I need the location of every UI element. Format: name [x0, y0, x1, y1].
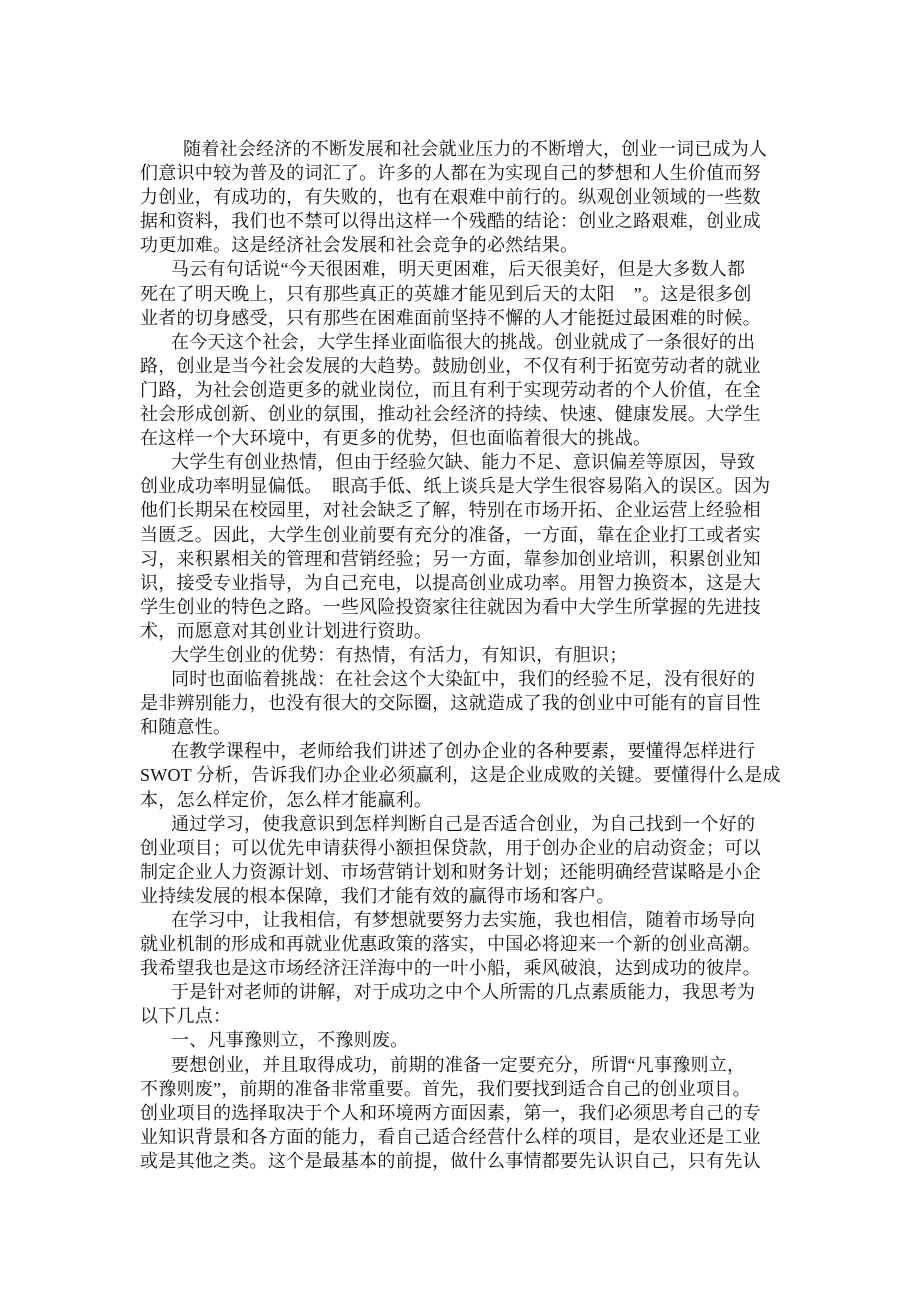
text-line: 一、凡事豫则立，不豫则废。: [140, 1028, 804, 1052]
paragraph: 马云有句话说“今天很困难，明天更困难，后天很美好，但是大多数人都死在了明天晚上，…: [140, 257, 804, 329]
text-line: 他们长期呆在校园里，对社会缺乏了解，特别在市场开拓、企业运营上经验相: [140, 498, 804, 522]
text-line: 就业机制的形成和再就业优惠政策的落实，中国必将迎来一个新的创业高潮。: [140, 932, 804, 956]
paragraph: 在学习中，让我相信，有梦想就要努力去实施，我也相信，随着市场导向就业机制的形成和…: [140, 908, 804, 980]
text-line: 在学习中，让我相信，有梦想就要努力去实施，我也相信，随着市场导向: [140, 908, 804, 932]
text-line: 们意识中较为普及的词汇了。许多的人都在为实现自己的梦想和人生价值而努: [140, 161, 804, 185]
text-line: 功更加难。这是经济社会发展和社会竞争的必然结果。: [140, 233, 804, 257]
paragraph: 大学生创业的优势：有热情，有活力，有知识，有胆识；: [140, 643, 804, 667]
text-line: 马云有句话说“今天很困难，明天更困难，后天很美好，但是大多数人都: [140, 257, 804, 281]
text-line: 在今天这个社会，大学生择业面临很大的挑战。创业就成了一条很好的出: [140, 330, 804, 354]
text-line: 业者的切身感受，只有那些在困难面前坚持不懈的人才能挺过最困难的时候。: [140, 306, 804, 330]
text-line: 创业成功率明显偏低。 眼高手低、纸上谈兵是大学生很容易陷入的误区。因为: [140, 474, 804, 498]
text-line: 力创业，有成功的，有失败的，也有在艰难中前行的。纵观创业领域的一些数: [140, 185, 804, 209]
text-line: SWOT 分析，告诉我们办企业必须赢利，这是企业成败的关键。要懂得什么是成: [140, 763, 804, 787]
text-line: 术，而愿意对其创业计划进行资助。: [140, 619, 804, 643]
text-line: 识，接受专业指导，为自己充电，以提高创业成功率。用智力换资本，这是大: [140, 571, 804, 595]
document-text: 随着社会经济的不断发展和社会就业压力的不断增大，创业一词已成为人们意识中较为普及…: [140, 137, 804, 1173]
text-line: 门路，为社会创造更多的就业岗位，而且有利于实现劳动者的个人价值，在全: [140, 378, 804, 402]
text-line: 学生创业的特色之路。一些风险投资家往往就因为看中大学生所掌握的先进技: [140, 595, 804, 619]
text-line: 路，创业是当今社会发展的大趋势。鼓励创业，不仅有利于拓宽劳动者的就业: [140, 354, 804, 378]
paragraph: 在教学课程中，老师给我们讲述了创办企业的各种要素，要懂得怎样进行SWOT 分析，…: [140, 739, 804, 811]
text-line: 以下几点：: [140, 1004, 804, 1028]
text-line: 本，怎么样定价，怎么样才能赢利。: [140, 788, 804, 812]
paragraph: 随着社会经济的不断发展和社会就业压力的不断增大，创业一词已成为人们意识中较为普及…: [140, 137, 804, 257]
text-line: 业知识背景和各方面的能力，看自己适合经营什么样的项目，是农业还是工业: [140, 1125, 804, 1149]
text-line: 据和资料，我们也不禁可以得出这样一个残酷的结论：创业之路艰难，创业成: [140, 209, 804, 233]
text-line: 要想创业，并且取得成功，前期的准备一定要充分，所谓“凡事豫则立，: [140, 1053, 804, 1077]
text-line: 我希望我也是这市场经济汪洋海中的一叶小船，乘风破浪，达到成功的彼岸。: [140, 956, 804, 980]
text-line: 不豫则废”，前期的准备非常重要。首先，我们要找到适合自己的创业项目。: [140, 1077, 804, 1101]
paragraph: 同时也面临着挑战：在社会这个大染缸中，我们的经验不足，没有很好的是非辨别能力，也…: [140, 667, 804, 739]
paragraph: 一、凡事豫则立，不豫则废。: [140, 1028, 804, 1052]
text-line: 和随意性。: [140, 715, 804, 739]
text-line: 业持续发展的根本保障，我们才能有效的赢得市场和客户。: [140, 884, 804, 908]
paragraph: 于是针对老师的讲解，对于成功之中个人所需的几点素质能力，我思考为以下几点：: [140, 980, 804, 1028]
text-line: 习，来积累相关的管理和营销经验；另一方面，靠参加创业培训，积累创业知: [140, 547, 804, 571]
text-line: 在这样一个大环境中，有更多的优势，但也面临着很大的挑战。: [140, 426, 804, 450]
text-line: 在教学课程中，老师给我们讲述了创办企业的各种要素，要懂得怎样进行: [140, 739, 804, 763]
paragraph: 通过学习，使我意识到怎样判断自己是否适合创业，为自己找到一个好的创业项目；可以优…: [140, 812, 804, 908]
paragraph: 要想创业，并且取得成功，前期的准备一定要充分，所谓“凡事豫则立，不豫则废”，前期…: [140, 1053, 804, 1173]
text-line: 创业项目；可以优先申请获得小额担保贷款，用于创办企业的启动资金；可以: [140, 836, 804, 860]
text-line: 创业项目的选择取决于个人和环境两方面因素，第一，我们必须思考自己的专: [140, 1101, 804, 1125]
text-line: 同时也面临着挑战：在社会这个大染缸中，我们的经验不足，没有很好的: [140, 667, 804, 691]
paragraph: 在今天这个社会，大学生择业面临很大的挑战。创业就成了一条很好的出路，创业是当今社…: [140, 330, 804, 450]
text-line: 于是针对老师的讲解，对于成功之中个人所需的几点素质能力，我思考为: [140, 980, 804, 1004]
text-line: 大学生创业的优势：有热情，有活力，有知识，有胆识；: [140, 643, 804, 667]
text-line: 大学生有创业热情，但由于经验欠缺、能力不足、意识偏差等原因，导致: [140, 450, 804, 474]
text-line: 社会形成创新、创业的氛围，推动社会经济的持续、快速、健康发展。大学生: [140, 402, 804, 426]
text-line: 或是其他之类。这个是最基本的前提，做什么事情都要先认识自己，只有先认: [140, 1149, 804, 1173]
text-line: 当匮乏。因此，大学生创业前要有充分的准备，一方面，靠在企业打工或者实: [140, 523, 804, 547]
paragraph: 大学生有创业热情，但由于经验欠缺、能力不足、意识偏差等原因，导致创业成功率明显偏…: [140, 450, 804, 643]
text-line: 死在了明天晚上，只有那些真正的英雄才能见到后天的太阳 ”。这是很多创: [140, 282, 804, 306]
text-line: 是非辨别能力，也没有很大的交际圈，这就造成了我的创业中可能有的盲目性: [140, 691, 804, 715]
text-line: 通过学习，使我意识到怎样判断自己是否适合创业，为自己找到一个好的: [140, 812, 804, 836]
text-line: 随着社会经济的不断发展和社会就业压力的不断增大，创业一词已成为人: [140, 137, 804, 161]
document-page: 随着社会经济的不断发展和社会就业压力的不断增大，创业一词已成为人们意识中较为普及…: [0, 0, 920, 1302]
text-line: 制定企业人力资源计划、市场营销计划和财务计划；还能明确经营谋略是小企: [140, 860, 804, 884]
